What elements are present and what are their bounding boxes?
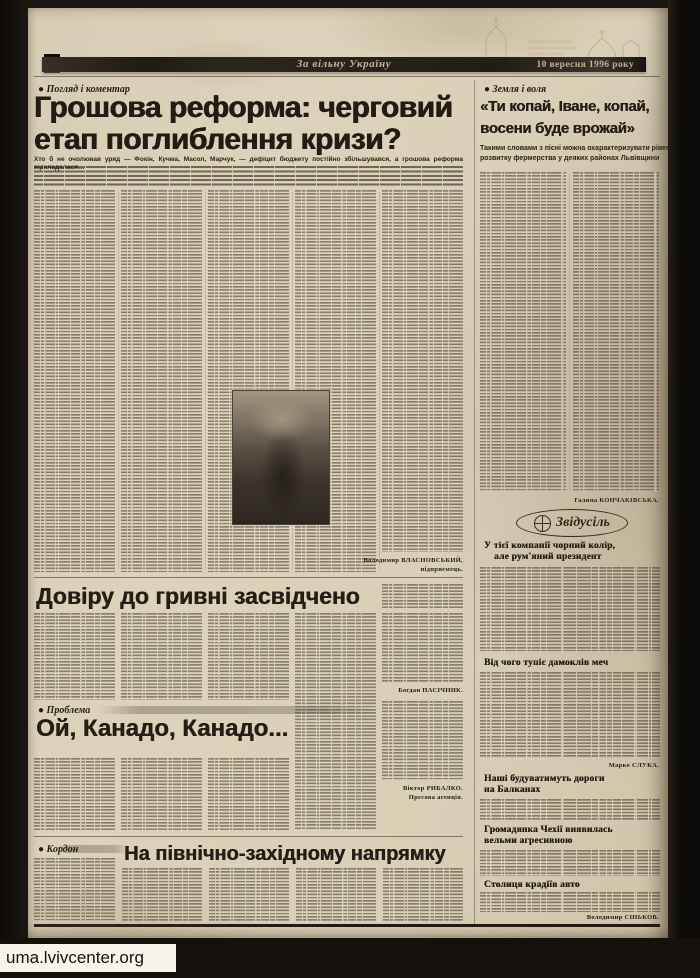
hryvnia-byline: Богдан ПАСІЧНИК. [358, 687, 463, 695]
newspaper-scan: 3 За вільну Україну 10 вересня 1996 року… [0, 0, 700, 978]
northwest-col4 [383, 868, 463, 922]
zvidusil-item5-byline: Володимир СІНЬКОВ. [528, 914, 659, 922]
main-byline-name: Володимир ВЛАСНОВСЬКИЙ, [328, 557, 463, 565]
scan-frame-top [0, 0, 700, 8]
hryvnia-col3 [208, 613, 289, 700]
zvidusil-item4-title1: Громадянка Чехії виявилась [484, 825, 613, 836]
canada-byline2: Пресова агенція. [348, 794, 463, 802]
land-subtitle-line1: Такими словами з пісні можна охарактериз… [480, 144, 674, 153]
land-headline-line1: «Ти копай, Іване, копай, [480, 98, 649, 115]
gutter-rule [569, 174, 570, 490]
scan-frame-left [0, 0, 28, 978]
hryvnia-col1 [34, 613, 115, 700]
section-label-border: ● Кордон [38, 844, 78, 856]
gutter-rule [379, 192, 380, 570]
hryvnia-col5 [382, 613, 463, 683]
canada-col5 [382, 701, 463, 781]
masthead-title: За вільну Україну [297, 58, 391, 71]
canada-col1 [34, 758, 115, 830]
zvidusil-item1-title1: У тієї компанії чорний колір, [484, 541, 615, 552]
article-rule [34, 836, 463, 837]
zvidusil-item2-title: Від чого тупіє дамоклів меч [484, 658, 608, 669]
main-byline-role: підприємець. [328, 566, 463, 574]
article-photo [232, 390, 330, 525]
zvidusil-logo: Звідусіль [516, 509, 628, 537]
northwest-col3 [296, 868, 376, 922]
main-body-col1 [34, 190, 115, 572]
northwest-headline: На північно-західному напрямку [124, 841, 446, 867]
land-headline-line2: восени буде врожай» [480, 120, 635, 137]
zvidusil-item3-body [480, 799, 660, 821]
hryvnia-side-text [382, 584, 463, 608]
zvidusil-item5-title: Столиця крадіїв авто [484, 880, 580, 891]
bottom-rule [34, 924, 660, 927]
zvidusil-item3-title1: Наші будуватимуть дороги [484, 774, 605, 785]
zvidusil-item3-title2: на Балканах [484, 785, 540, 796]
zvidusil-item5-body [480, 892, 660, 912]
gutter-rule [118, 192, 119, 570]
zvidusil-item2-body [480, 672, 660, 758]
section-label-land: ● Земля і воля [484, 84, 546, 96]
newspaper-page: 3 За вільну Україну 10 вересня 1996 року… [28, 8, 668, 938]
hryvnia-col2 [121, 613, 202, 700]
land-byline: Галина КОНЧАКІВСЬКА. [528, 497, 659, 505]
gutter-rule [205, 192, 206, 570]
main-lead-text [34, 166, 463, 186]
scan-bottom-bar: uma.lvivcenter.org [0, 938, 700, 978]
zvidusil-item2-byline: Марко СЛУКА. [528, 762, 659, 770]
northwest-col2 [209, 868, 289, 922]
canada-byline1: Віктор РИБАЛКО. [348, 785, 463, 793]
canada-headline: Ой, Канадо, Канадо... [36, 716, 288, 742]
land-subtitle-line2: розвитку фермерства у деяких районах Льв… [480, 154, 659, 163]
main-headline-line2: етап поглиблення кризи? [34, 124, 401, 156]
zvidusil-globe-icon [534, 515, 551, 532]
land-col1 [480, 172, 566, 492]
scan-frame-right [668, 0, 700, 978]
main-headline-line1: Грошова реформа: черговий [34, 92, 453, 124]
main-body-col5 [382, 190, 463, 552]
header-rule [34, 76, 660, 77]
archive-watermark: uma.lvivcenter.org [0, 944, 176, 972]
land-col2 [573, 172, 659, 492]
zvidusil-item1-title2: але рум'яний президент [494, 552, 601, 563]
zvidusil-item4-title2: вельми агресивною [484, 836, 572, 847]
issue-date: 10 вересня 1996 року [536, 59, 634, 71]
hryvnia-headline: Довіру до гривні засвідчено [36, 583, 360, 609]
zvidusil-item1-body [480, 567, 660, 651]
header-bar: За вільну Україну 10 вересня 1996 року [42, 57, 646, 72]
article-rule [34, 577, 463, 578]
border-col1 [34, 858, 115, 922]
canada-col2 [121, 758, 202, 830]
canada-col3 [208, 758, 289, 830]
main-body-col2 [121, 190, 202, 572]
northwest-col1 [122, 868, 202, 922]
zvidusil-logo-text: Звідусіль [556, 516, 610, 530]
column-divider [474, 80, 475, 924]
zvidusil-item4-body [480, 850, 660, 876]
